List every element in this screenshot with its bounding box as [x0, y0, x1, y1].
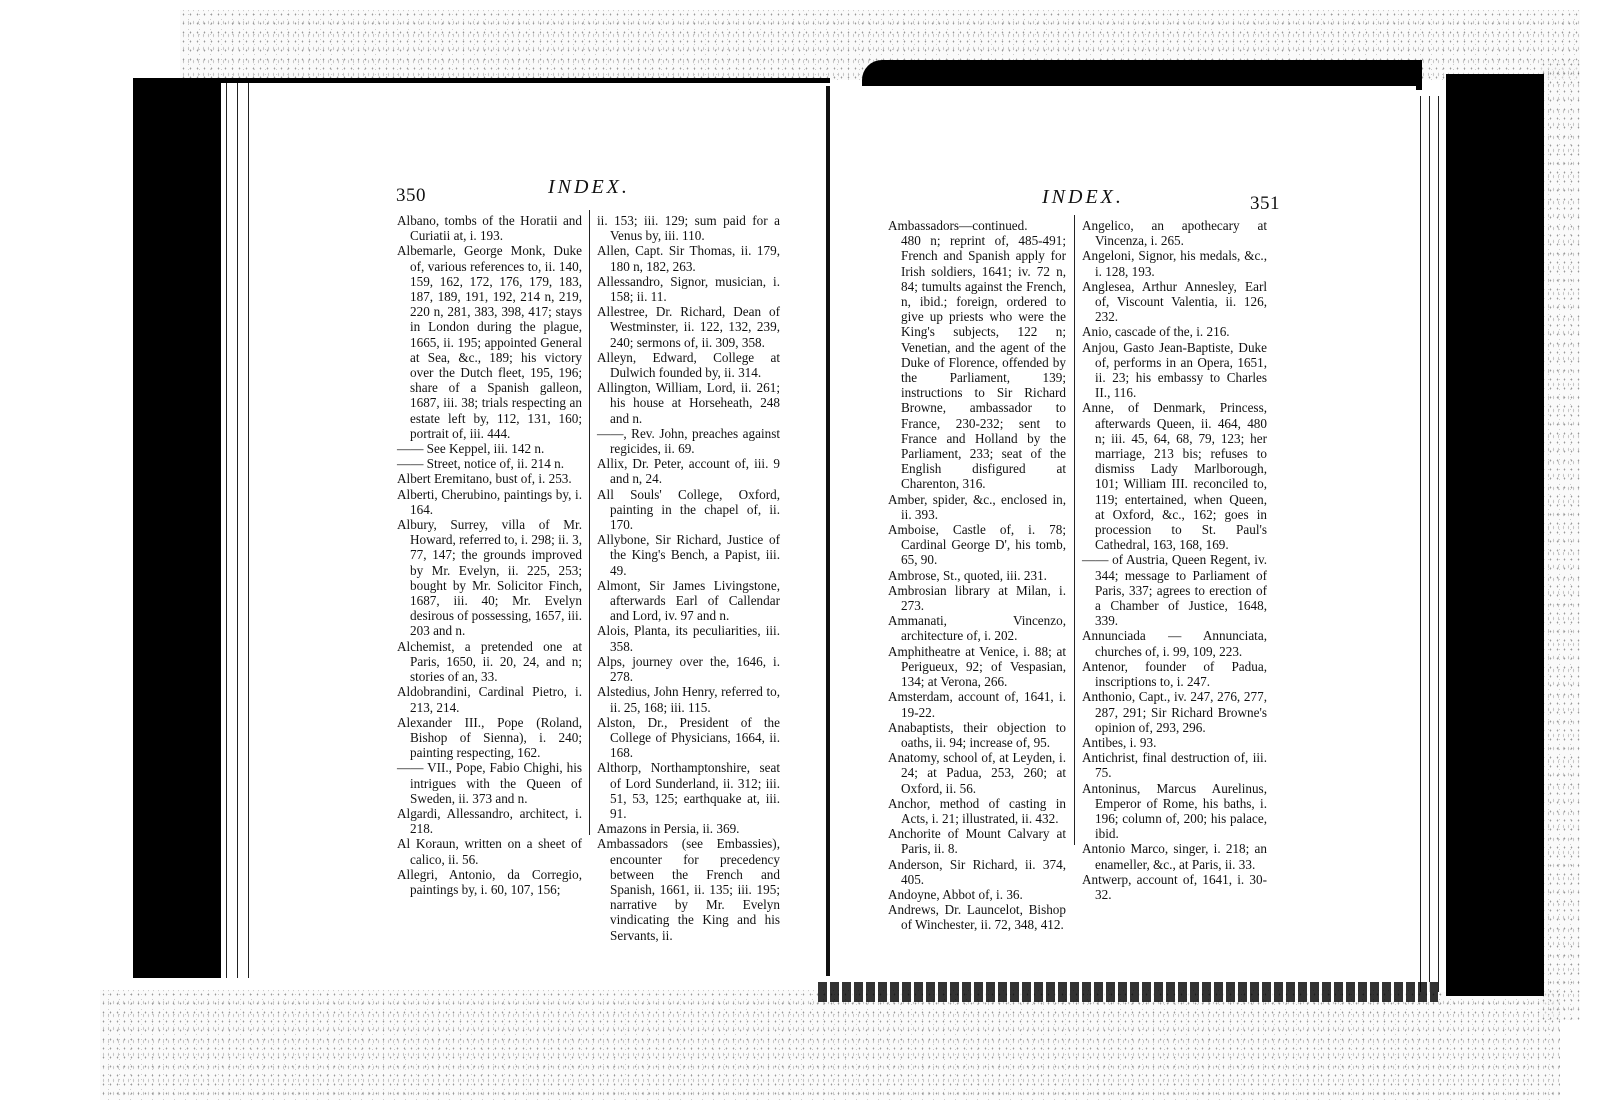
- index-entry: Allestree, Dr. Richard, Dean of Westmins…: [597, 304, 780, 350]
- index-entry: Anchor, method of casting in Acts, i. 21…: [888, 796, 1066, 826]
- index-entry: —— See Keppel, iii. 142 n.: [397, 441, 582, 456]
- book-bottom-edge-right: [818, 982, 1438, 1002]
- index-entry: Alstedius, John Henry, referred to, ii. …: [597, 684, 780, 714]
- index-entry: Ambrosian library at Milan, i. 273.: [888, 583, 1066, 613]
- index-entry: —— of Austria, Queen Regent, iv. 344; me…: [1082, 552, 1267, 628]
- column-divider-right: [1074, 215, 1075, 845]
- index-entry: Albury, Surrey, villa of Mr. Howard, ref…: [397, 517, 582, 639]
- index-entry: Anthonio, Capt., iv. 247, 276, 277, 287,…: [1082, 689, 1267, 735]
- index-entry: Al Koraun, written on a sheet of calico,…: [397, 836, 582, 866]
- column-divider-left: [589, 210, 590, 835]
- index-entry: Allessandro, Signor, musician, i. 158; i…: [597, 274, 780, 304]
- index-column-right-2: Angelico, an apothecary at Vincenza, i. …: [1082, 218, 1267, 902]
- index-entry: Amber, spider, &c., enclosed in, ii. 393…: [888, 492, 1066, 522]
- index-entry: Alexander III., Pope (Roland, Bishop of …: [397, 715, 582, 761]
- book-spine: [826, 86, 830, 976]
- index-entry: Alston, Dr., President of the College of…: [597, 715, 780, 761]
- index-entry: Ammanati, Vincenzo, architecture of, i. …: [888, 613, 1066, 643]
- index-entry: Angelico, an apothecary at Vincenza, i. …: [1082, 218, 1267, 248]
- index-entry: Allington, William, Lord, ii. 261; his h…: [597, 380, 780, 426]
- index-entry: —— VII., Pope, Fabio Chighi, his intrigu…: [397, 760, 582, 806]
- index-entry: Algardi, Allessandro, architect, i. 218.: [397, 806, 582, 836]
- index-entry: Anderson, Sir Richard, ii. 374, 405.: [888, 857, 1066, 887]
- index-entry: Antenor, founder of Padua, inscriptions …: [1082, 659, 1267, 689]
- index-entry: Albemarle, George Monk, Duke of, various…: [397, 243, 582, 441]
- index-entry: Annunciada — Annunciata, churches of, i.…: [1082, 628, 1267, 658]
- index-entry: Almont, Sir James Livingstone, afterward…: [597, 578, 780, 624]
- index-entry: Albert Eremitano, bust of, i. 253.: [397, 471, 582, 486]
- book-cover-right: [1446, 74, 1544, 996]
- index-entry: Anjou, Gasto Jean-Baptiste, Duke of, per…: [1082, 340, 1267, 401]
- scan-background-right: [1540, 60, 1580, 1020]
- running-head-right: INDEX.: [1042, 186, 1124, 209]
- index-entry: Antoninus, Marcus Aurelinus, Emperor of …: [1082, 781, 1267, 842]
- scan-background-bottom: [100, 990, 1560, 1100]
- index-entry: Allegri, Antonio, da Corregio, paintings…: [397, 867, 582, 897]
- index-entry: Althorp, Northamptonshire, seat of Lord …: [597, 760, 780, 821]
- index-entry: Anne, of Denmark, Princess, afterwards Q…: [1082, 400, 1267, 552]
- page-number-left: 350: [396, 185, 426, 207]
- index-entry: Ambassadors (see Embassies), encounter f…: [597, 836, 780, 942]
- running-head-left: INDEX.: [548, 176, 630, 199]
- index-entry: Alchemist, a pretended one at Paris, 165…: [397, 639, 582, 685]
- index-entry: Anatomy, school of, at Leyden, i. 24; at…: [888, 750, 1066, 796]
- index-entry: Aldobrandini, Cardinal Pietro, i. 213, 2…: [397, 684, 582, 714]
- index-entry: Alleyn, Edward, College at Dulwich found…: [597, 350, 780, 380]
- index-entry: Ambrose, St., quoted, iii. 231.: [888, 568, 1066, 583]
- index-entry: Andrews, Dr. Launcelot, Bishop of Winche…: [888, 902, 1066, 932]
- index-entry: Antibes, i. 93.: [1082, 735, 1267, 750]
- index-entry: Amazons in Persia, ii. 369.: [597, 821, 780, 836]
- index-column-left-1: Albano, tombs of the Horatii and Curiati…: [397, 213, 582, 897]
- index-entry: 480 n; reprint of, 485-491; French and S…: [888, 233, 1066, 491]
- index-entry: —— Street, notice of, ii. 214 n.: [397, 456, 582, 471]
- index-entry: Anio, cascade of the, i. 216.: [1082, 324, 1267, 339]
- index-entry: ——, Rev. John, preaches against regicide…: [597, 426, 780, 456]
- index-entry: Anglesea, Arthur Annesley, Earl of, Visc…: [1082, 279, 1267, 325]
- index-entry: Antonio Marco, singer, i. 218; an enamel…: [1082, 841, 1267, 871]
- page-edges-right: [1416, 96, 1446, 992]
- index-entry: Amboise, Castle of, i. 78; Cardinal Geor…: [888, 522, 1066, 568]
- index-entry: Andoyne, Abbot of, i. 36.: [888, 887, 1066, 902]
- page-edges-left: [218, 80, 258, 978]
- index-entry: Anabaptists, their objection to oaths, i…: [888, 720, 1066, 750]
- index-entry: Antwerp, account of, 1641, i. 30-32.: [1082, 872, 1267, 902]
- index-entry: Alois, Planta, its peculiarities, iii. 3…: [597, 623, 780, 653]
- index-entry: Albano, tombs of the Horatii and Curiati…: [397, 213, 582, 243]
- index-entry: Allybone, Sir Richard, Justice of the Ki…: [597, 532, 780, 578]
- index-entry: Angeloni, Signor, his medals, &c., i. 12…: [1082, 248, 1267, 278]
- index-entry: Antichrist, final destruction of, iii. 7…: [1082, 750, 1267, 780]
- index-column-left-2: ii. 153; iii. 129; sum paid for a Venus …: [597, 213, 780, 943]
- index-entry: All Souls' College, Oxford, painting in …: [597, 487, 780, 533]
- index-entry: Anchorite of Mount Calvary at Paris, ii.…: [888, 826, 1066, 856]
- index-entry: Alps, journey over the, 1646, i. 278.: [597, 654, 780, 684]
- index-entry: ii. 153; iii. 129; sum paid for a Venus …: [597, 213, 780, 243]
- index-entry: Alberti, Cherubino, paintings by, i. 164…: [397, 487, 582, 517]
- index-entry: Amphitheatre at Venice, i. 88; at Perigu…: [888, 644, 1066, 690]
- index-entry: Allen, Capt. Sir Thomas, ii. 179, 180 n,…: [597, 243, 780, 273]
- index-entry: Amsterdam, account of, 1641, i. 19-22.: [888, 689, 1066, 719]
- book-top-edge-left: [218, 78, 830, 83]
- index-entry: Ambassadors—continued.: [888, 218, 1066, 233]
- page-number-right: 351: [1250, 193, 1280, 215]
- index-entry: Allix, Dr. Peter, account of, iii. 9 and…: [597, 456, 780, 486]
- index-column-right-1: Ambassadors—continued. 480 n; reprint of…: [888, 218, 1066, 933]
- book-cover-left: [133, 78, 218, 978]
